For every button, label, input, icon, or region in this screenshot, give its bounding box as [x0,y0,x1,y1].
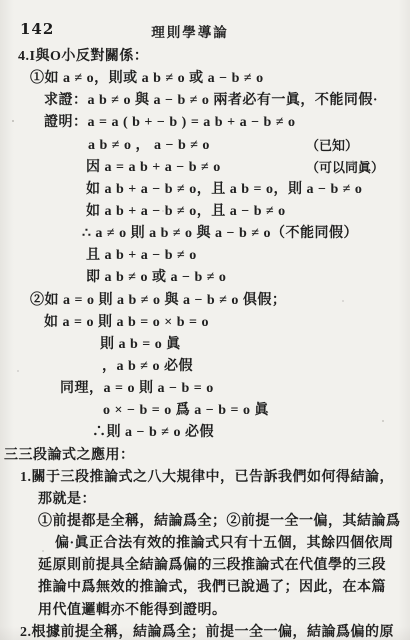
text-line-content: 延原則前提具全結論爲偏的三段推論式在代值學的三段 [38,555,386,577]
text-line: 用代值邏輯亦不能得到證明。 [0,600,410,622]
text-line-content: 則 a b = o 眞 [100,334,181,356]
text-line-content: o × − b = o 爲 a − b = o 眞 [103,400,269,422]
text-line-content: ∴則 a − b ≠ o 必假 [92,422,214,444]
text-line: 偏·眞正合法有效的推論式只有十五個，其餘四個依周 [0,533,410,555]
text-line: 同理，a = o 則 a − b = o [0,378,410,400]
text-line: 延原則前提具全結論爲偏的三段推論式在代值學的三段 [0,555,410,577]
text-line: 那就是： [0,489,410,511]
text-line: ①如 a ≠ o，則或 a b ≠ o 或 a − b ≠ o [0,68,410,90]
text-line-content: 證明：a = a ( b + − b ) = a b + a − b ≠ o [44,112,296,134]
text-line-content: a b ≠ o ， a − b ≠ o [88,135,210,157]
text-line-content: 且 a b + a − b ≠ o [86,245,197,267]
text-line-content: 那就是： [38,489,96,511]
page-body: 4.I與O小反對關係： ①如 a ≠ o，則或 a b ≠ o 或 a − b … [0,46,410,640]
text-line: o × − b = o 爲 a − b = o 眞 [0,400,410,422]
text-line: 如 a = o 則 a b = o × b = o [0,312,410,334]
text-line-content: 如 a b + a − b ≠ o，且 a b = o，則 a − b ≠ o [86,179,362,201]
text-line: ∴則 a − b ≠ o 必假 [0,422,410,444]
text-line-content: 如 a b + a − b ≠ o，且 a − b ≠ o [86,201,286,223]
text-line: ，a b ≠ o 必假 [0,356,410,378]
text-line: 證明：a = a ( b + − b ) = a b + a − b ≠ o [0,112,410,134]
text-line-content: ①前提都是全稱，結論爲全；②前提一全一偏，其結論爲 [38,511,401,533]
text-line: ①前提都是全稱，結論爲全；②前提一全一偏，其結論爲 [0,511,410,533]
text-line-content: ∴ a ≠ o 則 a b ≠ o 與 a − b ≠ o（不能同假） [82,223,358,245]
text-line-content: 同理，a = o 則 a − b = o [60,378,214,400]
text-line-content: ，a b ≠ o 必假 [102,356,193,378]
book-page: 142 理則學導論 4.I與O小反對關係： ①如 a ≠ o，則或 a b ≠ … [0,0,410,640]
text-line: ∴ a ≠ o 則 a b ≠ o 與 a − b ≠ o（不能同假） [0,223,410,245]
text-line-content: 如 a = o 則 a b = o × b = o [44,312,209,334]
margin-annotation: （已知） [306,135,358,157]
text-line-content: 推論中爲無效的推論式，我們已說過了；因此，在本篇 [38,577,386,599]
text-line: ②如 a = o 則 a b ≠ o 與 a − b ≠ o 俱假； [0,290,410,312]
text-line-content: 求證：a b ≠ o 與 a − b ≠ o 兩者必有一眞，不能同假· [44,90,378,112]
text-line: 2.根據前提全稱，結論爲全；前提一全一偏，結論爲偏的原 [0,622,410,640]
text-line: a b ≠ o ， a − b ≠ o （已知） [0,135,410,157]
text-line: 即 a b ≠ o 或 a − b ≠ o [0,267,410,289]
text-line-content: 1.關于三段推論式之八大規律中，已告訴我們如何得結論， [20,467,394,489]
text-line-content: 三三段論式之應用： [4,445,135,467]
text-line: 如 a b + a − b ≠ o，且 a b = o，則 a − b ≠ o [0,179,410,201]
margin-annotation: （可以同眞） [306,157,384,179]
text-line: 且 a b + a − b ≠ o [0,245,410,267]
text-line: 1.關于三段推論式之八大規律中，已告訴我們如何得結論， [0,467,410,489]
text-line: 4.I與O小反對關係： [0,46,410,68]
text-line-content: 偏·眞正合法有效的推論式只有十五個，其餘四個依周 [55,533,394,555]
text-line: 因 a = a b + a − b ≠ o （可以同眞） [0,157,410,179]
text-line: 如 a b + a − b ≠ o，且 a − b ≠ o [0,201,410,223]
text-line-content: 因 a = a b + a − b ≠ o [86,157,221,179]
text-line-content: 2.根據前提全稱，結論爲全；前提一全一偏，結論爲偏的原 [20,622,394,640]
page-header: 142 理則學導論 [0,20,410,42]
text-line: 求證：a b ≠ o 與 a − b ≠ o 兩者必有一眞，不能同假· [0,90,410,112]
text-line-content: 即 a b ≠ o 或 a − b ≠ o [86,267,226,289]
text-line: 推論中爲無效的推論式，我們已說過了；因此，在本篇 [0,577,410,599]
text-line: 則 a b = o 眞 [0,334,410,356]
text-line-content: ①如 a ≠ o，則或 a b ≠ o 或 a − b ≠ o [30,68,264,90]
text-line: 三三段論式之應用： [0,445,410,467]
text-line-content: 用代值邏輯亦不能得到證明。 [38,600,227,622]
text-line-content: 4.I與O小反對關係： [18,46,148,68]
running-head-title: 理則學導論 [0,21,380,41]
text-line-content: ②如 a = o 則 a b ≠ o 與 a − b ≠ o 俱假； [30,290,286,312]
